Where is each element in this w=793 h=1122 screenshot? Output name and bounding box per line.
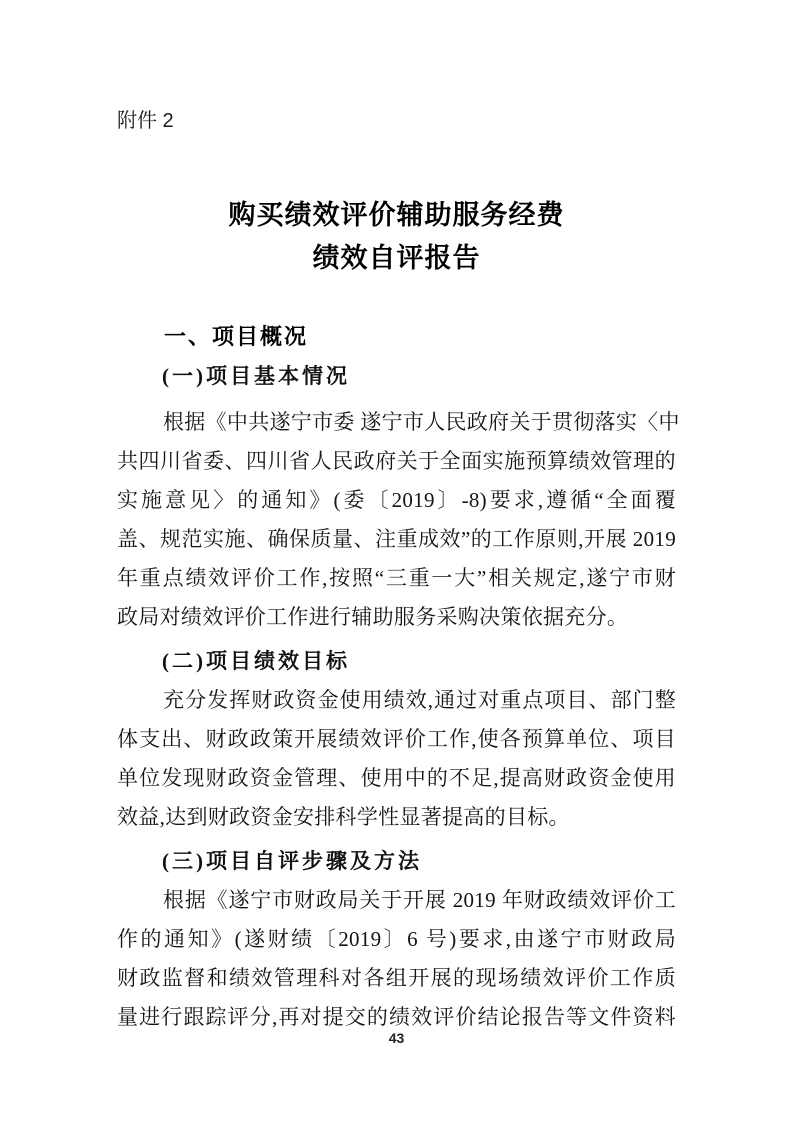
paragraph-line: 体支出、财政政策开展绩效评价工作,使各预算单位、项目: [117, 720, 676, 759]
paragraph-line: 政局对绩效评价工作进行辅助服务采购决策依据充分。: [117, 598, 676, 637]
paragraph-self-eval-steps: 根据《遂宁市财政局关于开展 2019 年财政绩效评价工 作的通知》(遂财绩〔20…: [117, 881, 676, 1037]
document-title-line-1: 购买绩效评价辅助服务经费: [117, 194, 676, 237]
paragraph-line: 单位发现财政资金管理、使用中的不足,提高财政资金使用: [117, 759, 676, 798]
document-page: 附件 2 购买绩效评价辅助服务经费 绩效自评报告 一、项目概况 (一)项目基本情…: [0, 0, 793, 1122]
document-title: 购买绩效评价辅助服务经费 绩效自评报告: [117, 194, 676, 280]
paragraph-line: 根据《遂宁市财政局关于开展 2019 年财政绩效评价工: [117, 881, 676, 920]
paragraph-basic-info: 根据《中共遂宁市委 遂宁市人民政府关于贯彻落实〈中 共四川省委、四川省人民政府关…: [117, 403, 676, 637]
paragraph-performance-goals: 充分发挥财政资金使用绩效,通过对重点项目、部门整 体支出、财政政策开展绩效评价工…: [117, 681, 676, 837]
subsection-heading-self-eval-steps: (三)项目自评步骤及方法: [117, 842, 676, 881]
page-number: 43: [0, 1029, 793, 1047]
subsection-heading-performance-goals: (二)项目绩效目标: [117, 642, 676, 681]
paragraph-line: 效益,达到财政资金安排科学性显著提高的目标。: [117, 798, 676, 837]
document-title-line-2: 绩效自评报告: [117, 237, 676, 280]
paragraph-line: 共四川省委、四川省人民政府关于全面实施预算绩效管理的: [117, 442, 676, 481]
paragraph-line: 实施意见〉的通知》(委〔2019〕-8)要求,遵循“全面覆: [117, 481, 676, 520]
paragraph-line: 作的通知》(遂财绩〔2019〕6 号)要求,由遂宁市财政局: [117, 920, 676, 959]
paragraph-line: 盖、规范实施、确保质量、注重成效”的工作原则,开展 2019: [117, 520, 676, 559]
attachment-label: 附件 2: [117, 108, 676, 134]
subsection-heading-basic-info: (一)项目基本情况: [117, 357, 676, 396]
paragraph-line: 根据《中共遂宁市委 遂宁市人民政府关于贯彻落实〈中: [117, 403, 676, 442]
paragraph-line: 财政监督和绩效管理科对各组开展的现场绩效评价工作质: [117, 959, 676, 998]
paragraph-line: 充分发挥财政资金使用绩效,通过对重点项目、部门整: [117, 681, 676, 720]
section-heading-overview: 一、项目概况: [117, 317, 676, 356]
paragraph-line: 年重点绩效评价工作,按照“三重一大”相关规定,遂宁市财: [117, 559, 676, 598]
